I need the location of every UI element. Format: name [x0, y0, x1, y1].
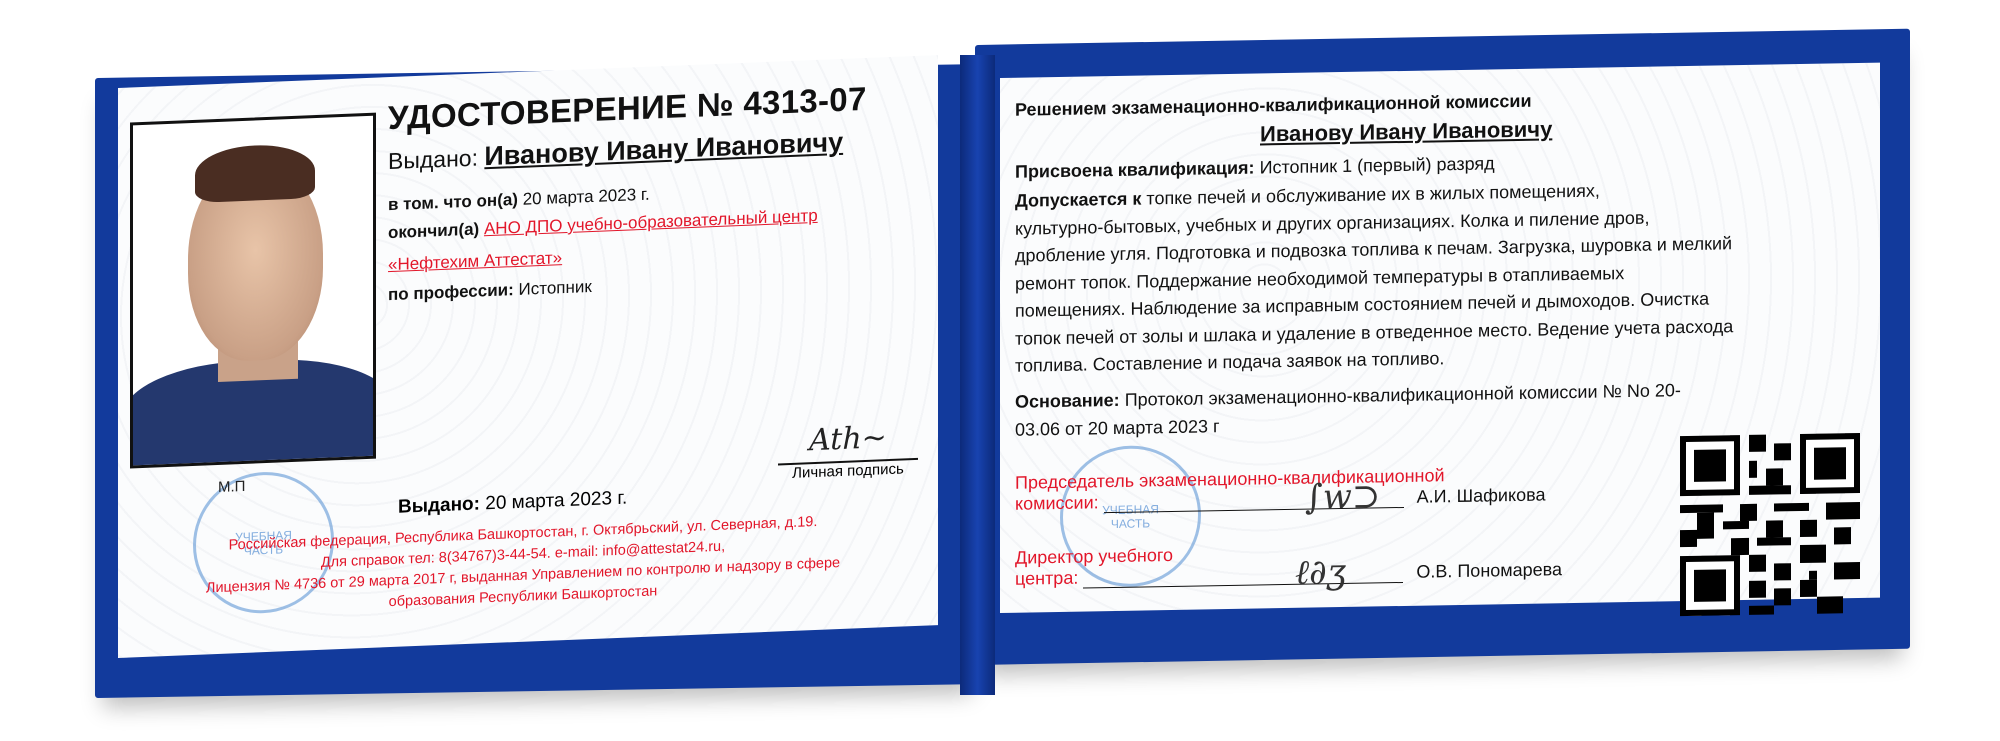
qr-code-icon: [1680, 433, 1860, 616]
holder-name-right: Иванову Ивану Ивановичу: [1260, 116, 1552, 147]
qualification-label: Присвоена квалификация:: [1015, 158, 1255, 182]
book-spine: [960, 55, 995, 695]
director-signature-line: Директор учебного центра: О.В. Пономарев…: [1015, 538, 1562, 590]
issued-date-value: 20 марта 2023 г.: [485, 488, 627, 515]
basis-block: Основание: Протокол экзаменационно-квали…: [1015, 376, 1681, 444]
basis-text: Протокол экзаменационно-квалификационной…: [1125, 380, 1681, 410]
qualification-line: Присвоена квалификация: Истопник 1 (перв…: [1015, 153, 1495, 182]
finished-label: окончил(а): [388, 219, 479, 242]
decision-label: Решением экзаменационно-квалификационной…: [1015, 91, 1532, 121]
org-name-line1: АНО ДПО учебно-образовательный центр: [484, 206, 818, 238]
chair-label-2: комиссии:: [1015, 492, 1099, 513]
chair-signature-line: Председатель экзаменационно-квалификацио…: [1015, 463, 1545, 514]
admitted-label: Допускается к: [1015, 189, 1141, 211]
in-that-label: в том. что он(а): [388, 190, 518, 214]
holder-name: Иванову Ивану Ивановичу: [484, 127, 843, 171]
issued-label: Выдано:: [388, 145, 478, 175]
holder-photo: [130, 113, 376, 469]
admitted-block: Допускается к топке печей и обслуживание…: [1015, 173, 1875, 381]
in-that-line: в том. что он(а) 20 марта 2023 г.: [388, 185, 650, 216]
profession-line: по профессии: Истопник: [388, 277, 592, 305]
director-label-2: центра:: [1015, 568, 1078, 589]
chair-name: А.И. Шафикова: [1417, 484, 1546, 506]
admitted-text: топке печей и обслуживание их в жилых по…: [1146, 181, 1600, 209]
stamp-text-2: ЧАСТЬ: [1111, 516, 1150, 531]
signature-icon: Ath~: [778, 416, 918, 466]
right-page: Решением экзаменационно-квалификационной…: [1000, 63, 1880, 613]
org-name-line2: «Нефтехим Аттестат»: [388, 248, 562, 275]
personal-signature: Ath~ Личная подпись: [778, 416, 918, 483]
chair-signature-icon: ∫w⊃: [1305, 476, 1380, 517]
profession-value: Истопник: [519, 277, 592, 299]
profession-label: по профессии:: [388, 280, 514, 304]
stamp-mark: М.П: [218, 478, 245, 496]
in-that-date: 20 марта 2023 г.: [523, 185, 650, 209]
issued-date-line: Выдано: 20 марта 2023 г.: [398, 488, 627, 519]
director-name: О.В. Пономарева: [1416, 559, 1562, 582]
director-signature-icon: ℓ∂ʒ: [1295, 552, 1346, 593]
photo-hair: [195, 143, 315, 203]
left-page: УЧЕБНАЯ ЧАСТЬ М.П УДОСТОВЕРЕНИЕ № 4313-0…: [118, 55, 938, 658]
basis-label: Основание:: [1015, 390, 1120, 412]
director-signature-blank: [1083, 582, 1403, 589]
qualification-value: Истопник 1 (первый) разряд: [1260, 153, 1495, 177]
issued-date-label: Выдано:: [398, 493, 480, 517]
